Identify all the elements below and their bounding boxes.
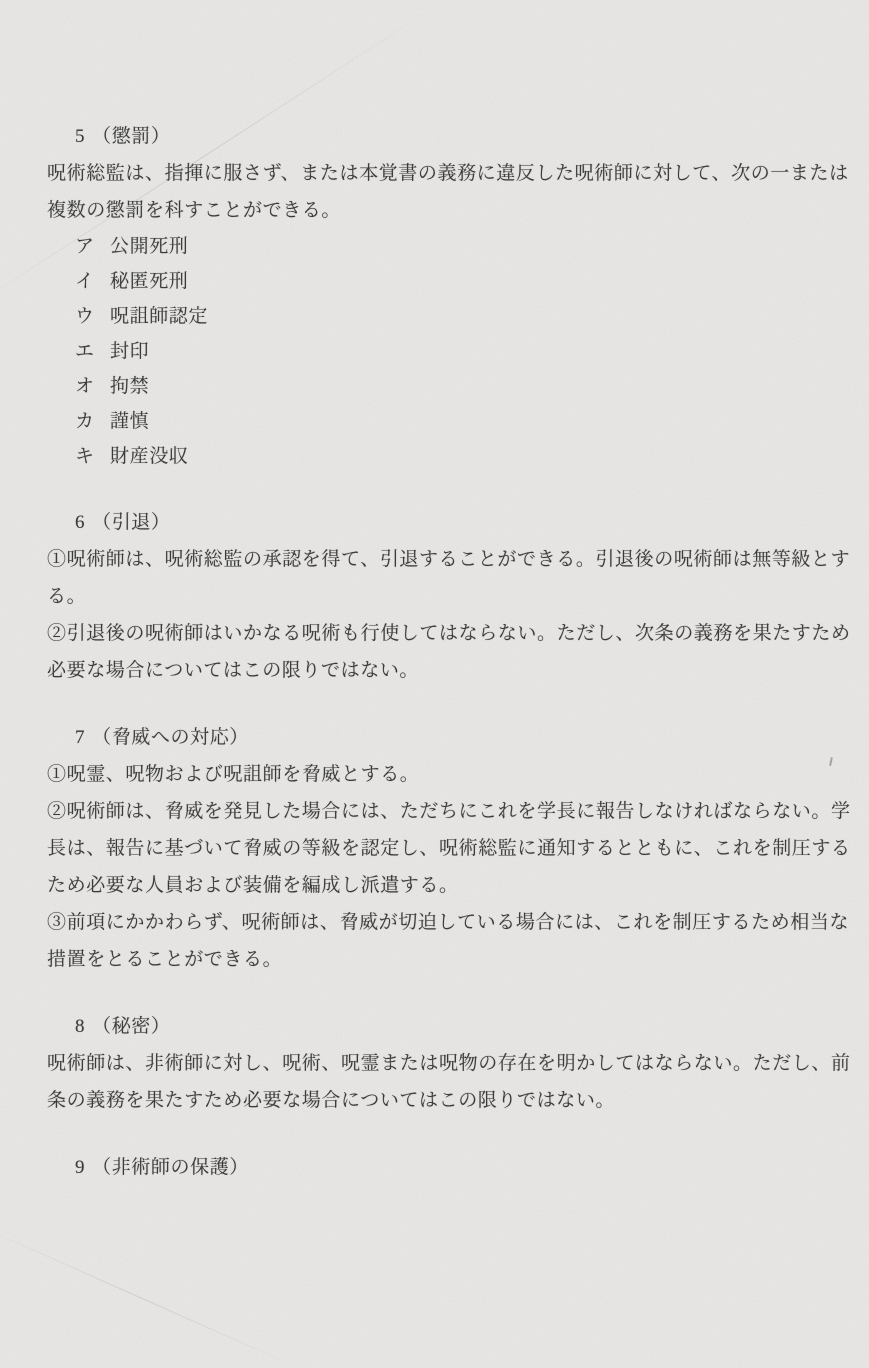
section-number: 7: [75, 727, 85, 748]
body-line: 条の義務を果たすため必要な場合についてはこの限りではない。: [47, 1082, 834, 1119]
body-line: ②呪術師は、脅威を発見した場合には、ただちにこれを学長に報告しなければならない。…: [47, 793, 834, 830]
body-line: ②引退後の呪術師はいかなる呪術も行使してはならない。ただし、次条の義務を果たすた…: [47, 615, 834, 652]
section-heading: 5（懲罰）: [47, 118, 834, 155]
body-line: ③前項にかかわらず、呪術師は、脅威が切迫している場合には、これを制圧するため相当…: [47, 904, 834, 941]
list-item: カ謹慎: [47, 404, 834, 439]
body-line: ①呪霊、呪物および呪詛師を脅威とする。: [47, 756, 834, 793]
section-heading: 6（引退）: [47, 504, 834, 541]
body-line: 呪術師は、非術師に対し、呪術、呪霊または呪物の存在を明かしてはならない。ただし、…: [47, 1045, 834, 1082]
section-9-non-sorcerer-protection: 9（非術師の保護）: [47, 1149, 834, 1186]
list-label: 秘匿死刑: [110, 271, 188, 292]
section-7-threat-response: 7（脅威への対応） ①呪霊、呪物および呪詛師を脅威とする。 ②呪術師は、脅威を発…: [47, 719, 834, 978]
section-heading: 8（秘密）: [47, 1008, 834, 1045]
list-marker: キ: [75, 439, 110, 474]
list-item: イ秘匿死刑: [47, 264, 834, 299]
punishment-list: ア公開死刑 イ秘匿死刑 ウ呪詛師認定 エ封印 オ拘禁 カ謹慎 キ: [47, 229, 834, 474]
list-marker: ウ: [75, 299, 110, 334]
body-line: ため必要な人員および装備を編成し派遣する。: [47, 867, 834, 904]
section-title: （秘密）: [92, 1016, 170, 1037]
section-number: 6: [75, 512, 85, 533]
list-marker: エ: [75, 334, 110, 369]
list-label: 財産没収: [110, 446, 188, 467]
body-line: 複数の懲罰を科すことができる。: [47, 192, 834, 229]
document-content: 5（懲罰） 呪術総監は、指揮に服さず、または本覚書の義務に違反した呪術師に対して…: [47, 118, 834, 1186]
paper-crease-bottom-left: [0, 1224, 305, 1368]
list-marker: カ: [75, 404, 110, 439]
section-5-punishment: 5（懲罰） 呪術総監は、指揮に服さず、または本覚書の義務に違反した呪術師に対して…: [47, 118, 834, 474]
list-label: 公開死刑: [110, 236, 188, 257]
section-8-secrecy: 8（秘密） 呪術師は、非術師に対し、呪術、呪霊または呪物の存在を明かしてはならな…: [47, 1008, 834, 1119]
body-line: ①呪術師は、呪術総監の承認を得て、引退することができる。引退後の呪術師は無等級と…: [47, 541, 834, 578]
section-number: 9: [75, 1157, 85, 1178]
section-heading: 9（非術師の保護）: [47, 1149, 834, 1186]
section-title: （脅威への対応）: [92, 727, 249, 748]
body-line: 必要な場合についてはこの限りではない。: [47, 652, 834, 689]
list-item: エ封印: [47, 334, 834, 369]
section-title: （懲罰）: [92, 126, 170, 147]
list-marker: オ: [75, 369, 110, 404]
list-marker: イ: [75, 264, 110, 299]
list-marker: ア: [75, 229, 110, 264]
list-label: 謹慎: [110, 411, 149, 432]
list-item: ア公開死刑: [47, 229, 834, 264]
list-label: 拘禁: [110, 376, 149, 397]
list-label: 呪詛師認定: [110, 306, 208, 327]
body-line: 呪術総監は、指揮に服さず、または本覚書の義務に違反した呪術師に対して、次の一また…: [47, 155, 834, 192]
section-heading: 7（脅威への対応）: [47, 719, 834, 756]
body-line: 措置をとることができる。: [47, 941, 834, 978]
section-number: 5: [75, 126, 85, 147]
body-line: る。: [47, 578, 834, 615]
section-title: （引退）: [92, 512, 170, 533]
list-item: キ財産没収: [47, 439, 834, 474]
scanned-document-page: 5（懲罰） 呪術総監は、指揮に服さず、または本覚書の義務に違反した呪術師に対して…: [0, 0, 869, 1368]
list-item: オ拘禁: [47, 369, 834, 404]
list-item: ウ呪詛師認定: [47, 299, 834, 334]
section-title: （非術師の保護）: [92, 1157, 249, 1178]
list-label: 封印: [110, 341, 149, 362]
body-line: 長は、報告に基づいて脅威の等級を認定し、呪術総監に通知するとともに、これを制圧す…: [47, 830, 834, 867]
section-number: 8: [75, 1016, 85, 1037]
section-6-retirement: 6（引退） ①呪術師は、呪術総監の承認を得て、引退することができる。引退後の呪術…: [47, 504, 834, 689]
